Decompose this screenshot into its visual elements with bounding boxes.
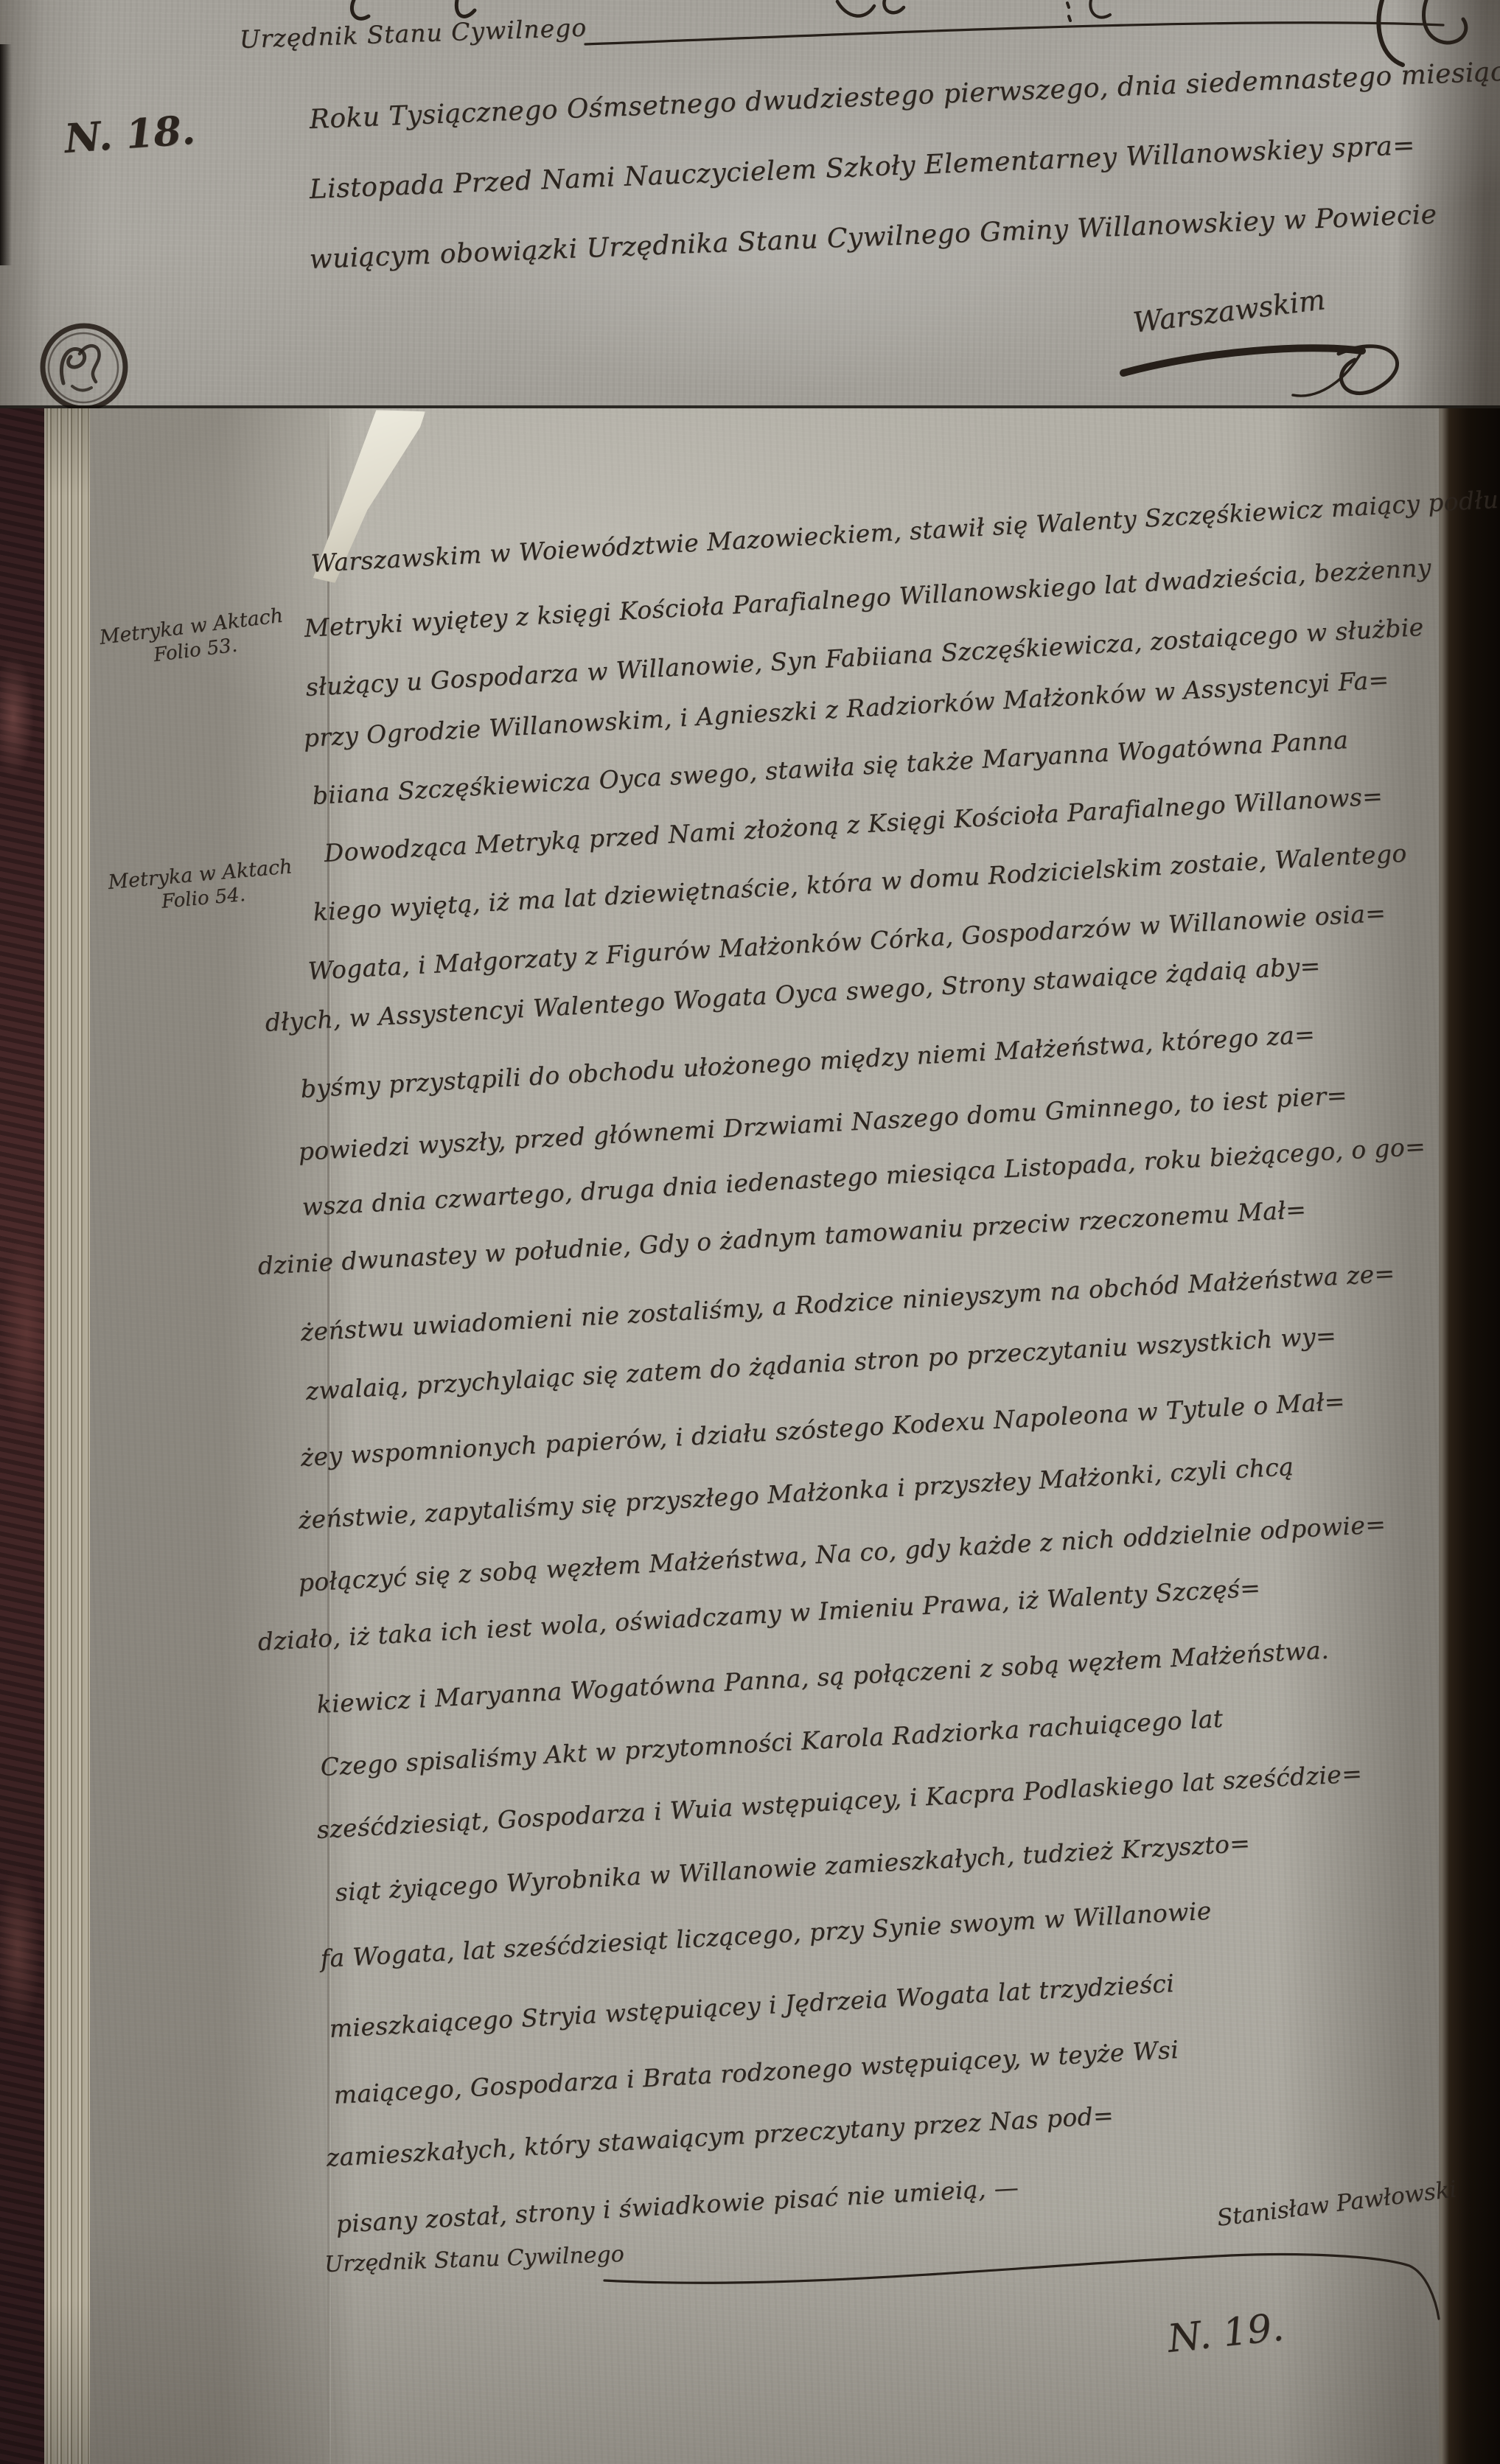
- book-cover-edge: [0, 408, 44, 2464]
- photo-edge-shadow: [0, 44, 12, 265]
- previous-page-fragment: Urzędnik Stanu Cywilnego N. 18. Roku Tys…: [0, 0, 1500, 408]
- header-rule: [584, 9, 1446, 50]
- book-edge-shadow: [1439, 408, 1500, 2464]
- record-number: N. 18.: [63, 106, 196, 162]
- act-text-line: wuiącym obowiązki Urzędnika Stanu Cywiln…: [309, 200, 1437, 275]
- page-stack-edges: [44, 408, 90, 2464]
- registrar-signature-flourish: [1117, 329, 1434, 408]
- marriage-record-page: Metryka w Aktach Folio 53. Metryka w Akt…: [0, 408, 1500, 2464]
- act-text-line: Roku Tysiącznego Ośmsetnego dwudziestego…: [309, 56, 1500, 135]
- act-text-line: Listopada Przed Nami Nauczycielem Szkoły…: [309, 130, 1416, 205]
- act-end-rule: [604, 2236, 1445, 2325]
- official-seal: [37, 320, 131, 408]
- registrar-title-line: Urzędnik Stanu Cywilnego: [239, 13, 587, 54]
- archival-scan: Urzędnik Stanu Cywilnego N. 18. Roku Tys…: [0, 0, 1500, 2464]
